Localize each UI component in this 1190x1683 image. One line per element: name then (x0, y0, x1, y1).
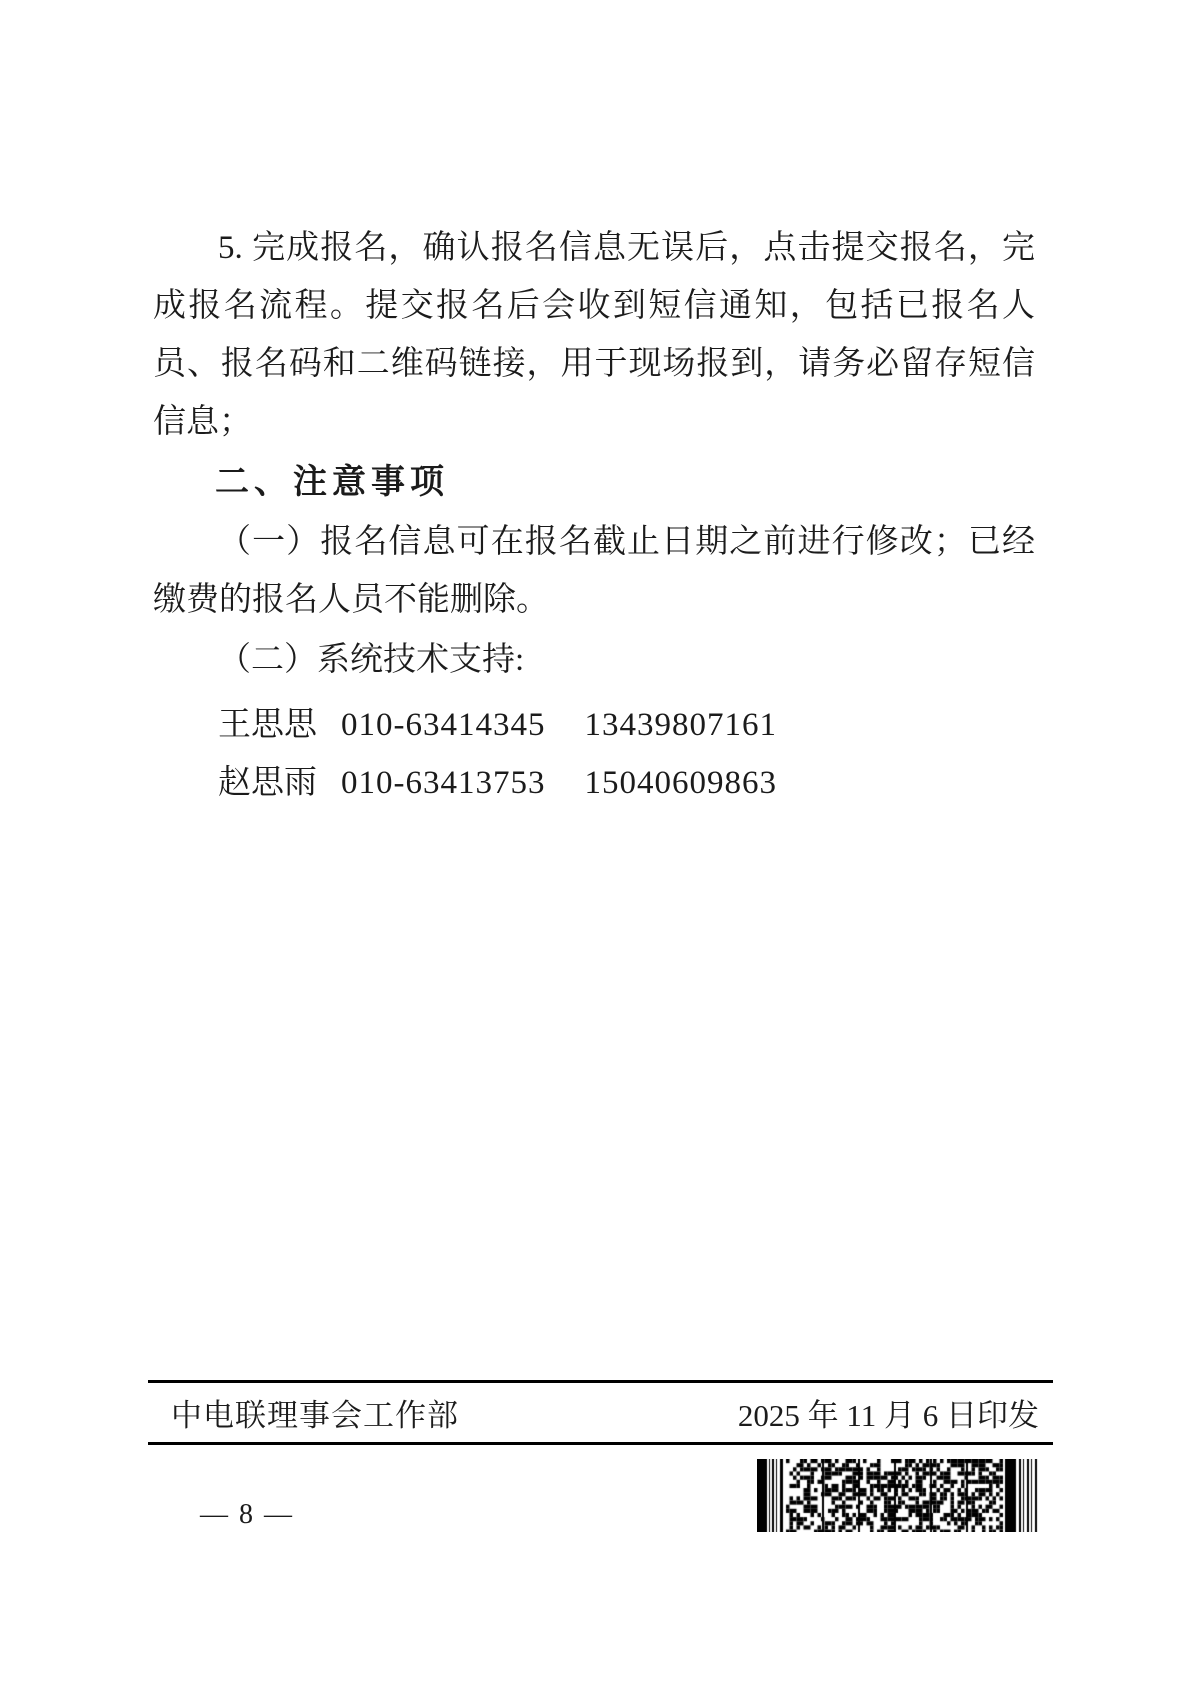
footer-issuer: 中电联理事会工作部 (148, 1390, 459, 1435)
page-number: — 8 — (200, 1499, 294, 1531)
contact-telephone: 010-63414345 (341, 707, 546, 743)
paragraph-note1: （一）报名信息可在报名截止日期之前进行修改；已经缴费的报名人员不能删除。 (153, 513, 1035, 629)
section-heading-notes: 二、注意事项 (153, 453, 1035, 511)
contact-name: 王思思 (218, 707, 317, 743)
paragraph-step5: 5. 完成报名，确认报名信息无误后，点击提交报名，完成报名流程。提交报名后会收到… (153, 219, 1035, 451)
footer-print-date: 2025 年 11 月 6 日印发 (738, 1390, 1053, 1435)
contact-name: 赵思雨 (218, 765, 317, 801)
contact-mobile: 15040609863 (585, 765, 778, 801)
contact-row: 王思思010-6341434513439807161 (153, 696, 1035, 754)
document-barcode (757, 1459, 1040, 1532)
support-contacts: 王思思010-6341434513439807161 赵思雨010-634137… (153, 696, 1035, 812)
contact-row: 赵思雨010-6341375315040609863 (153, 754, 1035, 812)
paragraph-note2: （二）系统技术支持: (153, 631, 1035, 689)
contact-mobile: 13439807161 (585, 707, 778, 743)
document-page: 5. 完成报名，确认报名信息无误后，点击提交报名，完成报名流程。提交报名后会收到… (0, 0, 1190, 1683)
footer-bottom-rule (148, 1442, 1053, 1445)
contact-telephone: 010-63413753 (341, 765, 546, 801)
footer-row: 中电联理事会工作部 2025 年 11 月 6 日印发 (148, 1383, 1053, 1442)
document-body: 5. 完成报名，确认报名信息无误后，点击提交报名，完成报名流程。提交报名后会收到… (153, 219, 1035, 812)
